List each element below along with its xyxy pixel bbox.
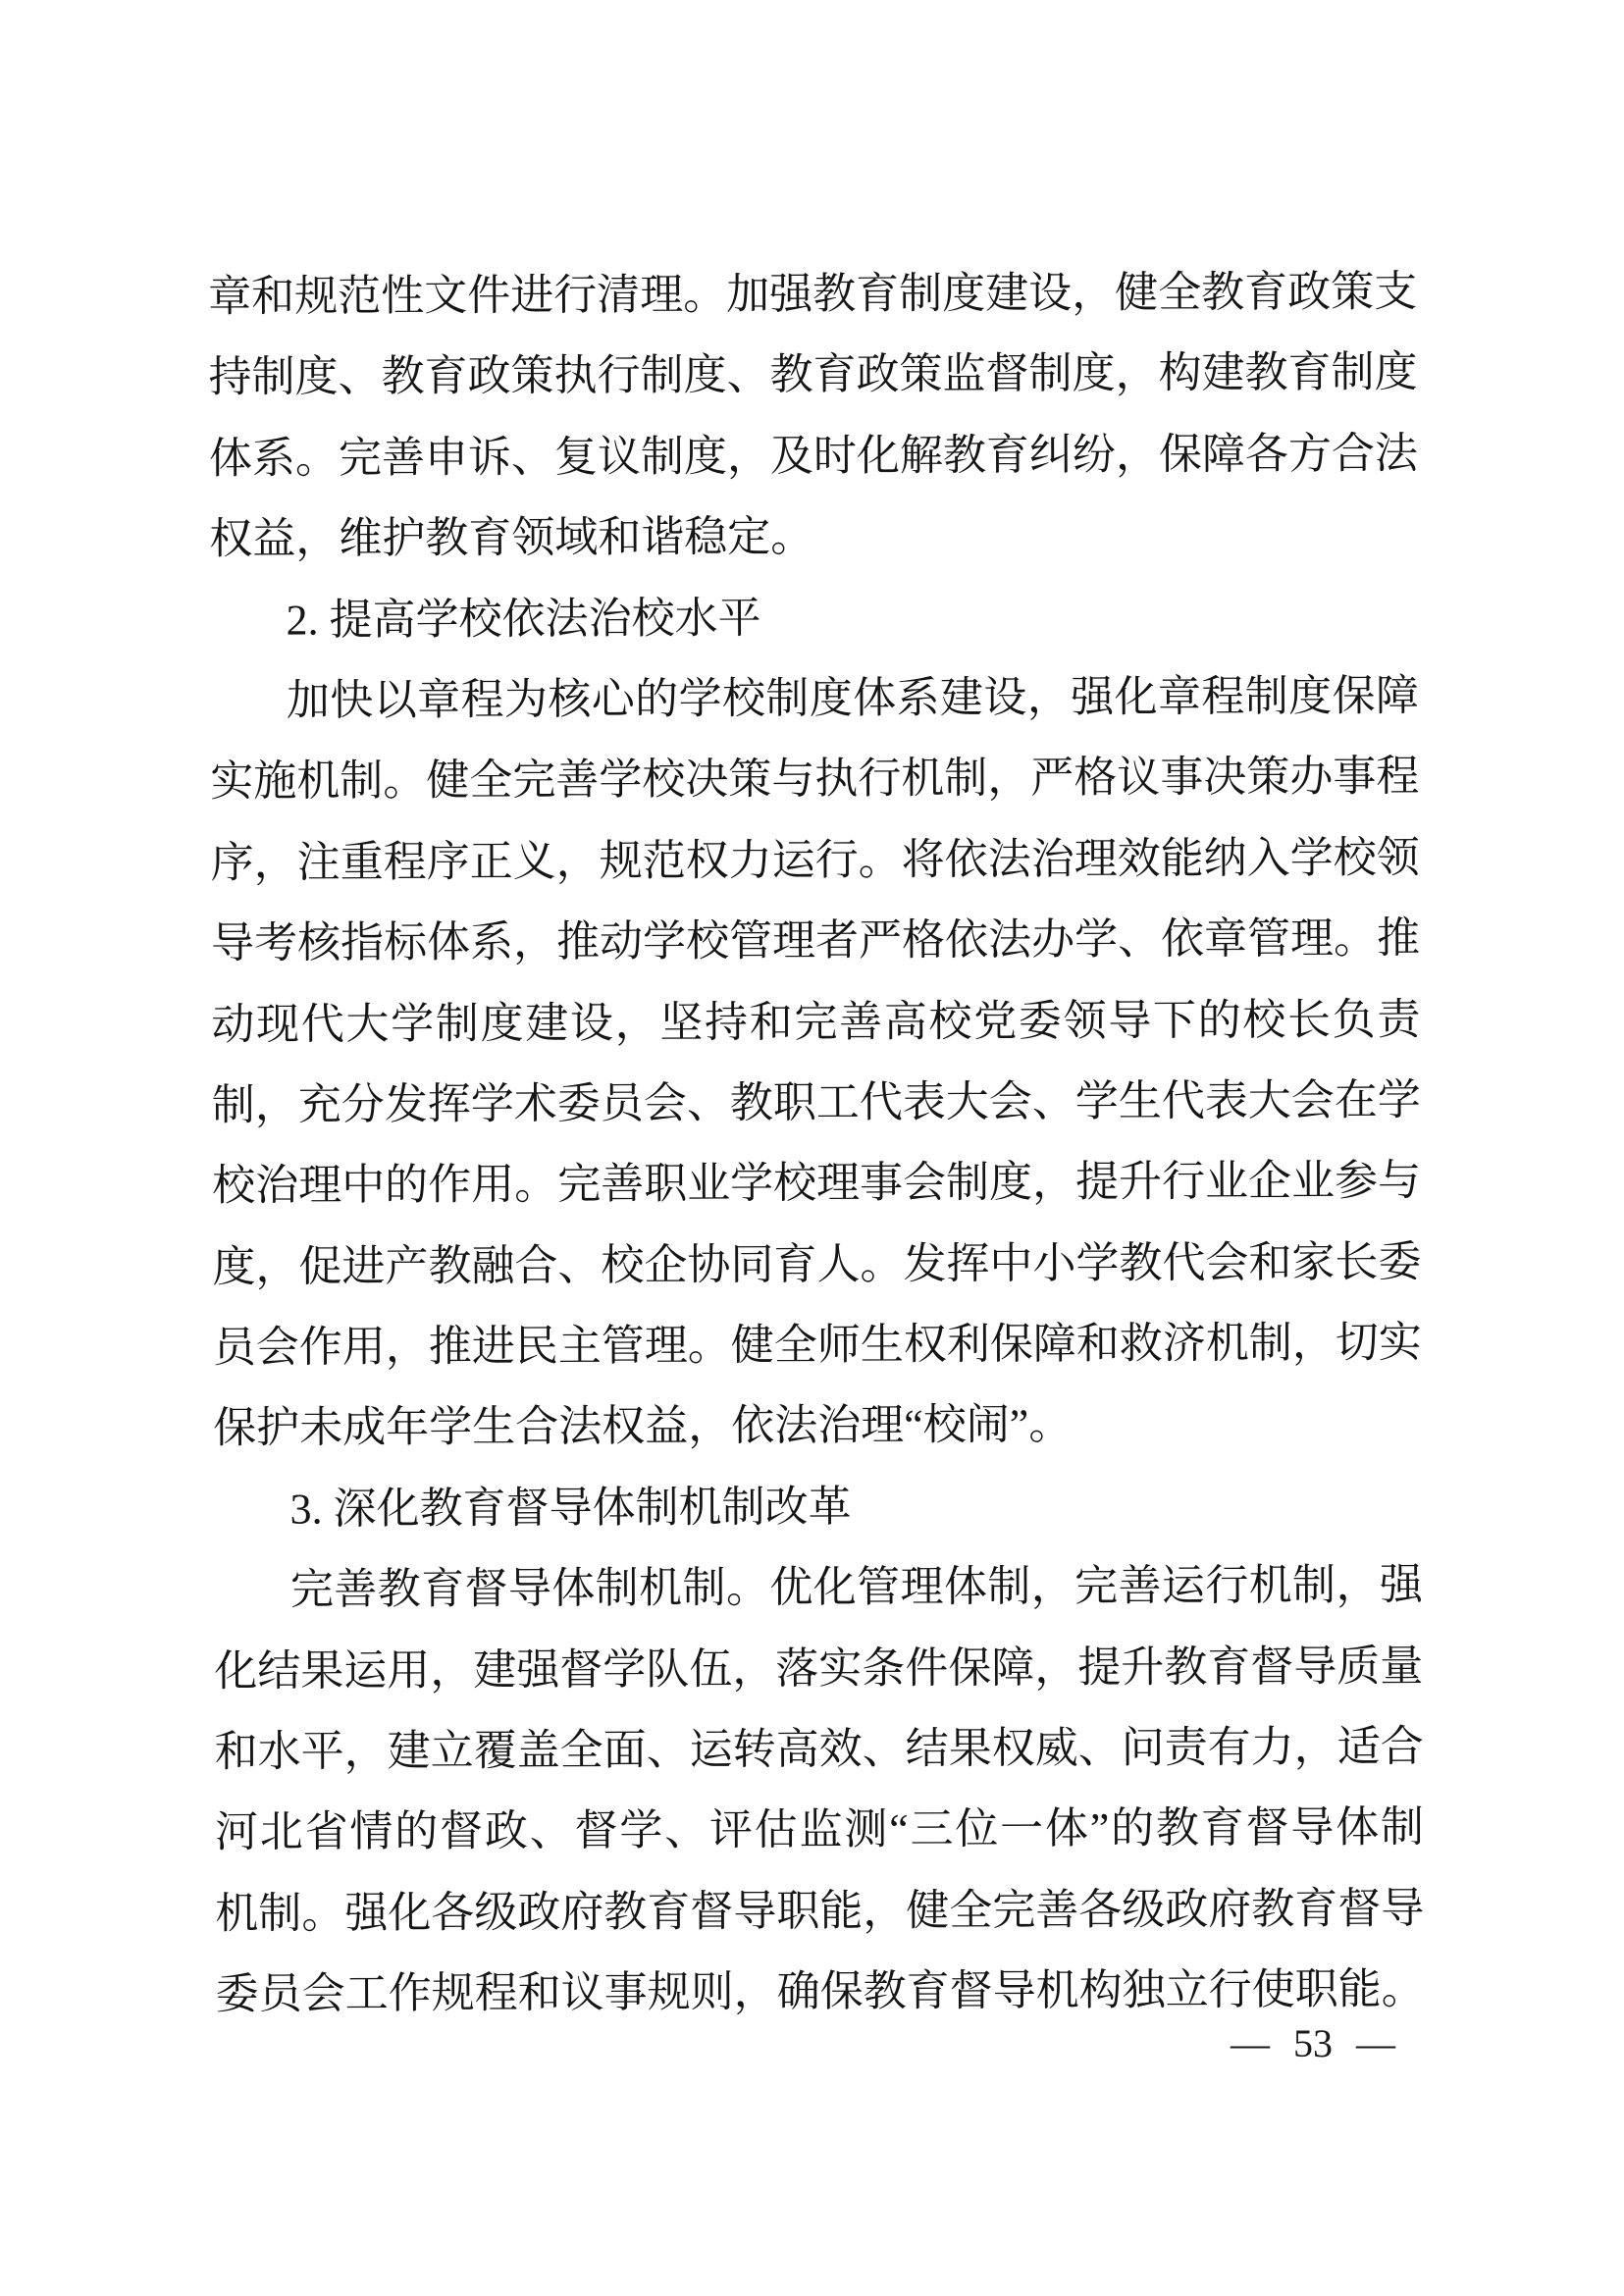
text-line: 机制。强化各级政府教育督导职能，健全完善各级政府教育督导 bbox=[215, 1868, 1424, 1955]
text-line: 保护未成年学生合法权益，依法治理“校闹”。 bbox=[213, 1383, 1422, 1470]
text-line: 序，注重程序正义，规范权力运行。将依法治理效能纳入学校领 bbox=[211, 817, 1420, 904]
text-line: 完善教育督导体制机制。优化管理体制，完善运行机制，强 bbox=[214, 1545, 1423, 1632]
text-line: 和水平，建立覆盖全面、运转高效、结果权威、问责有力，适合 bbox=[214, 1707, 1423, 1794]
text-line: 导考核指标体系，推动学校管理者严格依法办学、依章管理。推 bbox=[211, 899, 1420, 985]
text-line: 加快以章程为核心的学校制度体系建设，强化章程制度保障 bbox=[210, 656, 1419, 743]
document-page: 章和规范性文件进行清理。加强教育制度建设，健全教育政策支 持制度、教育政策执行制… bbox=[0, 0, 1624, 2296]
text-block: 章和规范性文件进行清理。加强教育制度建设，健全教育政策支 持制度、教育政策执行制… bbox=[208, 252, 1425, 2036]
text-line: 度，促进产教融合、校企协同育人。发挥中小学教代会和家长委 bbox=[212, 1222, 1421, 1308]
page-number: — 53 — bbox=[1215, 2021, 1411, 2066]
text-line: 化结果运用，建强督学队伍，落实条件保障，提升教育督导质量 bbox=[214, 1626, 1423, 1712]
text-line: 实施机制。健全完善学校决策与执行机制，严格议事决策办事程 bbox=[210, 737, 1419, 823]
text-line: 动现代大学制度建设，坚持和完善高校党委领导下的校长负责 bbox=[211, 979, 1420, 1066]
text-line: 校治理中的作用。完善职业学校理事会制度，提升行业企业参与 bbox=[212, 1141, 1421, 1227]
section-heading: 3. 深化教育督导体制机制改革 bbox=[213, 1464, 1422, 1550]
section-heading: 2. 提高学校依法治校水平 bbox=[209, 575, 1418, 661]
text-line: 持制度、教育政策执行制度、教育政策监督制度，构建教育制度 bbox=[208, 333, 1417, 419]
text-line: 章和规范性文件进行清理。加强教育制度建设，健全教育政策支 bbox=[208, 252, 1417, 339]
text-line: 河北省情的督政、督学、评估监测“三位一体”的教育督导体制 bbox=[215, 1788, 1424, 1874]
text-line: 权益，维护教育领域和谐稳定。 bbox=[209, 495, 1418, 581]
text-line: 员会作用，推进民主管理。健全师生权利保障和救济机制，切实 bbox=[213, 1303, 1422, 1389]
text-line: 制，充分发挥学术委员会、教职工代表大会、学生代表大会在学 bbox=[212, 1061, 1421, 1147]
text-line: 体系。完善申诉、复议制度，及时化解教育纠纷，保障各方合法 bbox=[209, 413, 1418, 499]
